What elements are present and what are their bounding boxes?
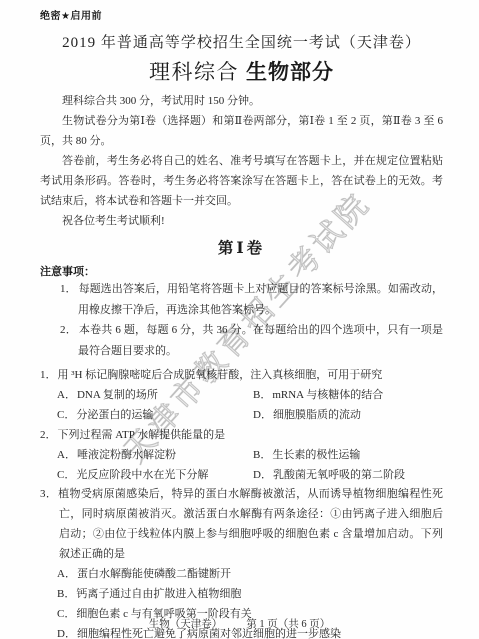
notice-text: 本卷共 6 题，每题 6 分，共 36 分。在每题给出的四个选项中，只有一项是最… [78,324,443,357]
option-item: B．钙离子通过自由扩散进入植物细胞 [57,585,443,605]
page-footer: 生物（天津卷） 第 1 页（共 6 页） [0,616,479,631]
footer-page-number: 第 1 页（共 6 页） [246,616,330,631]
question-stem: 3．植物受病原菌感染后，特异的蛋白水解酶被激活，从而诱导植物细胞编程性死亡，同时… [40,485,443,565]
intro-paragraph: 祝各位考生考试顺利! [40,211,443,231]
page-content: 绝密★启用前 2019 年普通高等学校招生全国统一考试（天津卷） 理科综合生物部… [0,0,479,639]
question-block: 1．用 ³H 标记胸腺嘧啶后合成脱氧核苷酸，注入真核细胞，可用于研究 A．DNA… [40,366,443,426]
option-item: A．唾液淀粉酶水解淀粉 [57,446,253,466]
intro-paragraph: 理科综合共 300 分，考试用时 150 分钟。 [40,91,443,111]
option-item: B．生长素的极性运输 [253,446,443,466]
exam-title: 2019 年普通高等学校招生全国统一考试（天津卷） [40,31,443,52]
option-item: D．乳酸菌无氧呼吸的第二阶段 [253,466,443,486]
question-block: 2．下列过程需 ATP 水解提供能量的是 A．唾液淀粉酶水解淀粉 B．生长素的极… [40,426,443,486]
classification-label: 绝密★启用前 [40,7,443,22]
subject-title: 理科综合生物部分 [40,56,443,86]
question-stem: 2．下列过程需 ATP 水解提供能量的是 [40,426,443,446]
option-item: C．光反应阶段中水在光下分解 [57,466,253,486]
option-label: A． [57,389,76,401]
option-text: 乳酸菌无氧呼吸的第二阶段 [273,469,405,481]
notice-text: 每题选出答案后，用铅笔将答题卡上对应题目的答案标号涂黑。如需改动，用橡皮擦干净后… [78,283,443,316]
option-label: B． [57,588,75,600]
option-item: C．分泌蛋白的运输 [57,406,253,426]
question-number: 1． [40,369,57,381]
option-text: mRNA 与核糖体的结合 [272,389,383,401]
subject-name: 理科综合 [149,60,239,84]
intro-section: 理科综合共 300 分，考试用时 150 分钟。 生物试卷分为第Ⅰ卷（选择题）和… [40,91,443,231]
option-label: B． [253,449,271,461]
option-text: DNA 复制的场所 [77,389,158,401]
option-label: D． [253,469,272,481]
intro-paragraph: 答卷前，考生务必将自己的姓名、准考号填写在答题卡上，并在规定位置粘贴考试用条形码… [40,151,443,211]
notes-header: 注意事项： [40,263,443,279]
option-label: D． [253,409,272,421]
notice-item: 1．每题选出答案后，用铅笔将答题卡上对应题目的答案标号涂黑。如需改动，用橡皮擦干… [40,279,443,320]
notices-list: 1．每题选出答案后，用铅笔将答题卡上对应题目的答案标号涂黑。如需改动，用橡皮擦干… [40,279,443,361]
question-stem-text: 下列过程需 ATP 水解提供能量的是 [58,429,226,441]
footer-paper-name: 生物（天津卷） [149,616,223,631]
questions-section: 1．用 ³H 标记胸腺嘧啶后合成脱氧核苷酸，注入真核细胞，可用于研究 A．DNA… [40,366,443,639]
notice-number: 1． [60,283,77,295]
option-label: A． [57,449,76,461]
options-list: A．DNA 复制的场所 B．mRNA 与核糖体的结合 C．分泌蛋白的运输 D．细… [57,386,443,426]
option-text: 分泌蛋白的运输 [76,409,153,421]
question-number: 2． [40,429,57,441]
subject-part: 生物部分 [246,61,334,84]
option-label: C． [57,409,75,421]
question-stem-text: 用 ³H 标记胸腺嘧啶后合成脱氧核苷酸，注入真核细胞，可用于研究 [58,369,383,381]
intro-paragraph: 生物试卷分为第Ⅰ卷（选择题）和第Ⅱ卷两部分，第Ⅰ卷 1 至 2 页，第Ⅱ卷 3 … [40,111,443,151]
options-list: A．唾液淀粉酶水解淀粉 B．生长素的极性运输 C．光反应阶段中水在光下分解 D．… [57,446,443,486]
option-text: 钙离子通过自由扩散进入植物细胞 [76,588,241,600]
option-label: B． [253,389,271,401]
option-label: A． [57,568,76,580]
exam-paper-page: 天津市教育招生考试院 绝密★启用前 2019 年普通高等学校招生全国统一考试（天… [0,0,479,639]
question-number: 3． [40,488,57,500]
question-stem-text: 植物受病原菌感染后，特异的蛋白水解酶被激活，从而诱导植物细胞编程性死亡，同时病原… [58,488,443,560]
option-text: 蛋白水解酶能使磷酸二酯键断开 [77,568,231,580]
option-item: B．mRNA 与核糖体的结合 [253,386,443,406]
option-item: A．蛋白水解酶能使磷酸二酯键断开 [57,565,443,585]
option-text: 唾液淀粉酶水解淀粉 [77,449,176,461]
option-text: 光反应阶段中水在光下分解 [76,469,208,481]
option-text: 生长素的极性运输 [272,449,360,461]
option-item: D．细胞膜脂质的流动 [253,406,443,426]
notice-number: 2． [60,324,77,336]
notice-item: 2．本卷共 6 题，每题 6 分，共 36 分。在每题给出的四个选项中，只有一项… [40,320,443,361]
option-text: 细胞膜脂质的流动 [273,409,361,421]
option-label: C． [57,469,75,481]
option-item: A．DNA 复制的场所 [57,386,253,406]
question-stem: 1．用 ³H 标记胸腺嘧啶后合成脱氧核苷酸，注入真核细胞，可用于研究 [40,366,443,386]
part-one-title: 第Ⅰ卷 [40,236,443,258]
